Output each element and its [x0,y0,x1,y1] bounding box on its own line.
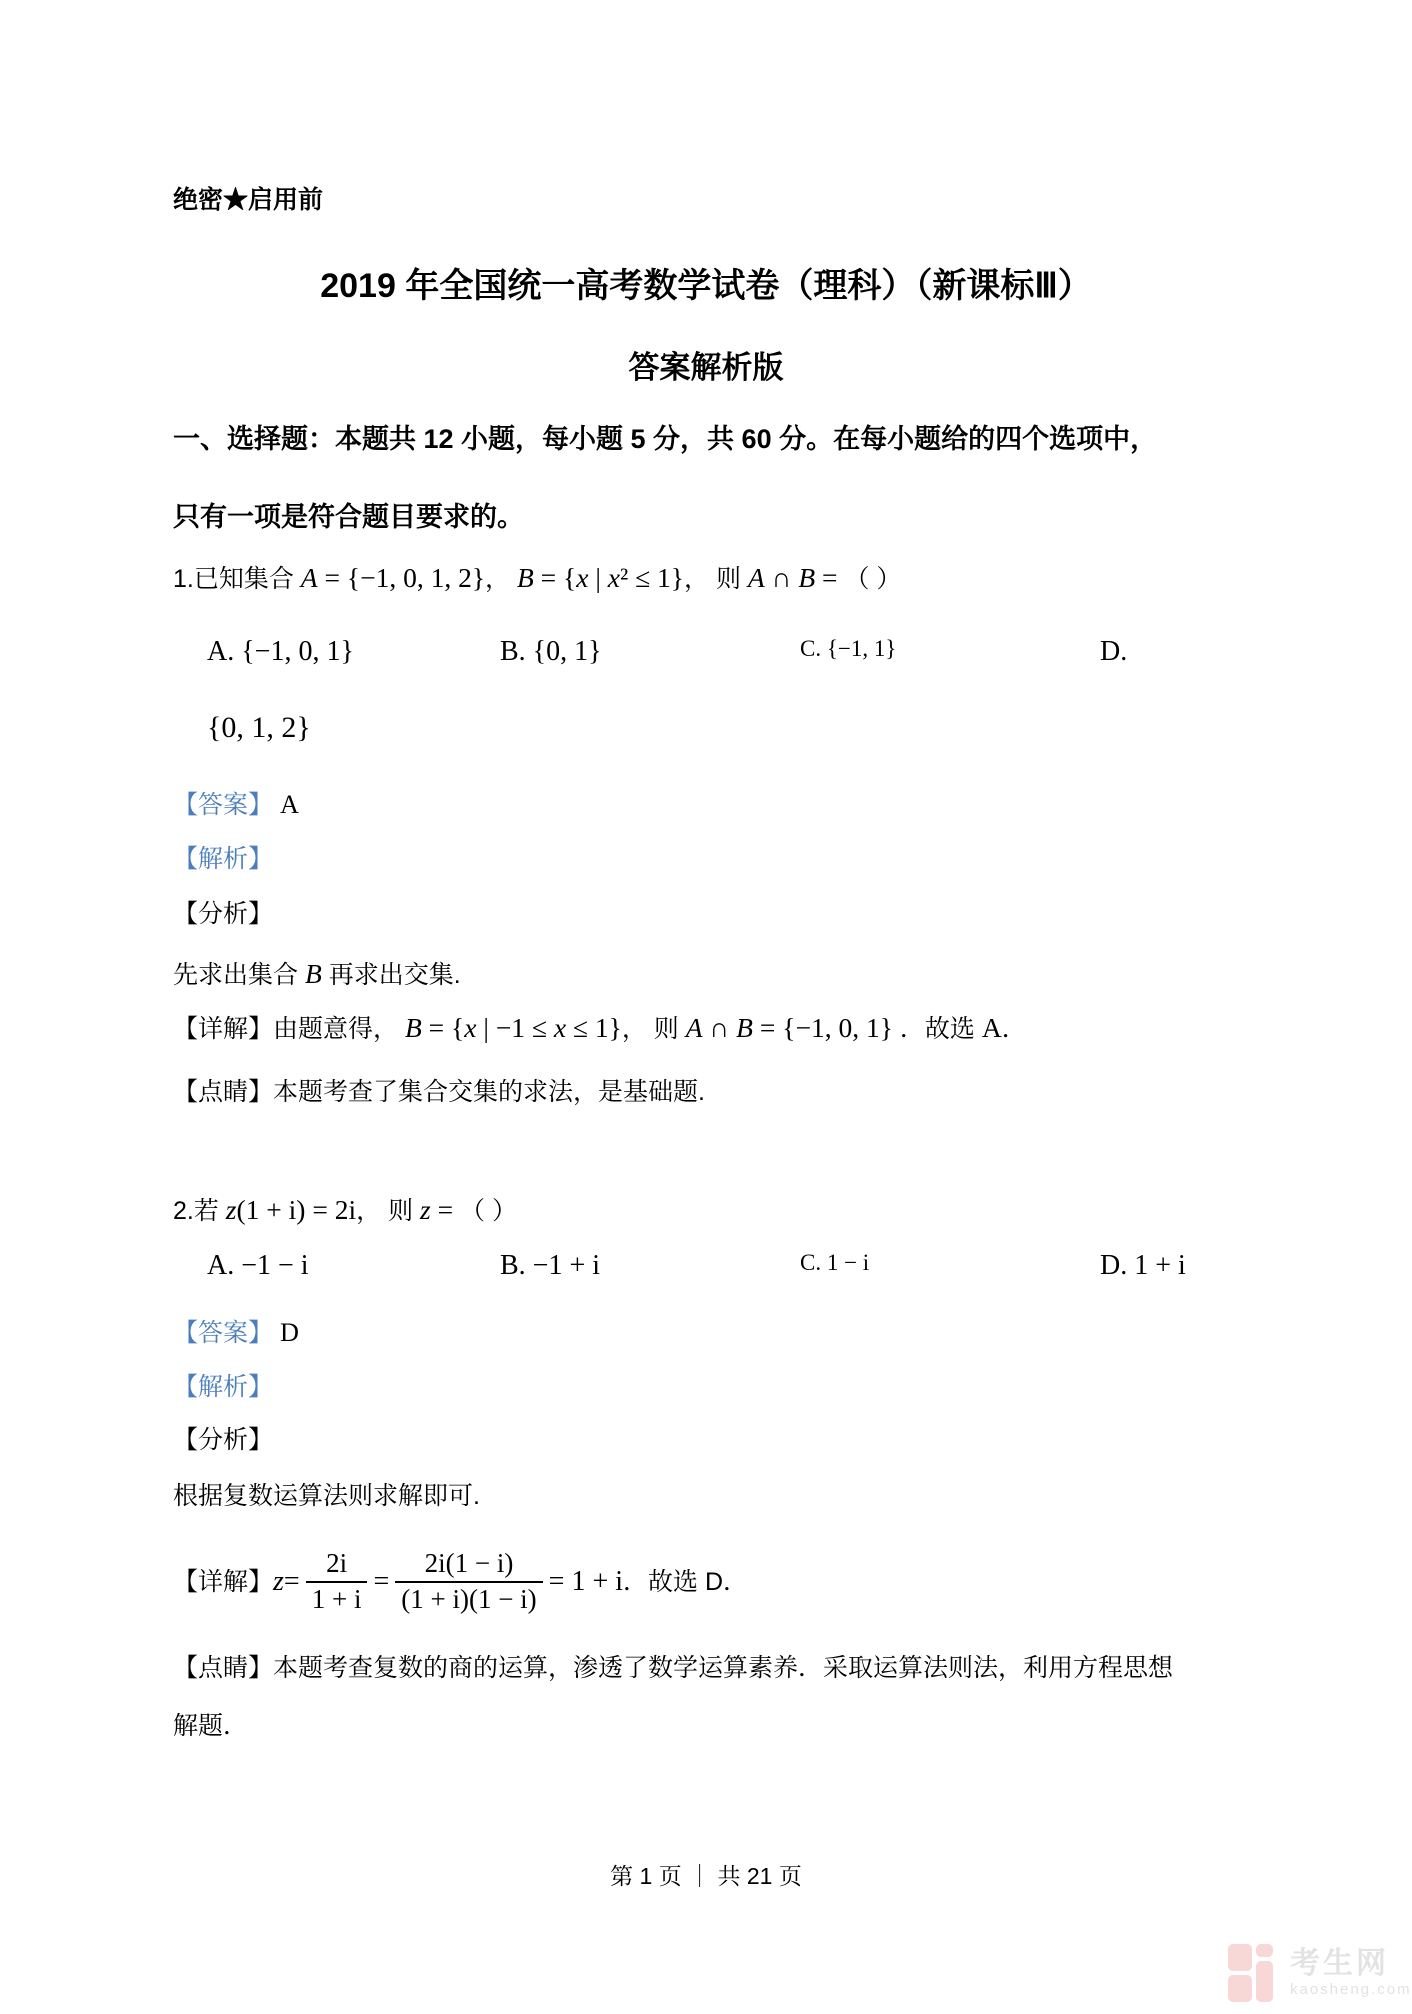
text-segment: ， [485,565,517,593]
text-segment: = {−1, 0, 1, 2} [318,562,485,593]
kaosheng-logo-text: 考生网 kaosheng.com [1290,1949,1412,1997]
jiexi-label-q2: 【解析】 [173,1371,273,1404]
equals-sign: = [284,1564,300,1600]
text-segment: B [517,562,534,593]
text-segment: A [686,1012,703,1043]
text-segment: A [982,1012,1002,1043]
equals-sign: = [373,1564,389,1600]
text-segment: （ ） [460,1197,517,1225]
answer-line-q1: 【答案】 A [173,788,299,822]
logo-block [1228,1944,1252,1971]
text-segment: = [815,562,844,593]
option-c: C. {−1, 1} [800,636,896,662]
text-segment: z [420,1194,431,1225]
text-segment: ， 则 [684,565,748,593]
text-segment: | −1 ≤ [476,1012,553,1043]
detail-formula-q2: 【详解】 z = 2i 1 + i = 2i(1 − i) (1 + i)(1 … [173,1524,748,1640]
text-segment: B [798,562,815,593]
logo-domain: kaosheng.com [1290,1982,1412,1997]
question-2-options: A. −1 − i B. −1 + i C. 1 − i D. 1 + i [0,1250,1412,1300]
text-segment: 先求出集合 [173,961,305,989]
text-segment: x [464,1012,476,1043]
text-segment: = { [534,562,576,593]
text-segment: x [576,562,588,593]
option-d-value: {0, 1, 2} [207,708,311,747]
question-1-stem: 1.已知集合 A = {−1, 0, 1, 2}， B = {x | x² ≤ … [173,560,901,596]
fraction-denominator: 1 + i [306,1581,368,1617]
detail-label: 【详解】 [173,1566,273,1599]
text-segment: = {−1, 0, 1} [753,1012,893,1043]
logo-block [1228,1975,1252,2002]
pointout-text-q2-line1: 【点睛】本题考查复数的商的运算，渗透了数学运算素养．采取运算法则法，利用方程思想 [173,1652,1173,1685]
analysis-text-q1: 先求出集合 B 再求出交集. [173,956,461,992]
text-segment: 再求出交集. [322,961,461,989]
text-segment: | [588,562,607,593]
answer-label: 【答案】 [173,1319,273,1347]
fraction-1: 2i 1 + i [306,1547,368,1617]
exam-page: { "colors": { "accent_blue": "#4a7ebc", … [0,0,1412,2014]
answer-value: D [280,1318,299,1347]
logo-block [1256,1944,1273,1957]
text-segment: ≤ 1} [566,1012,622,1043]
logo-name: 考生网 [1290,1949,1412,1979]
section-intro-line2: 只有一项是符合题目要求的。 [173,500,524,535]
fenxi-label-q2: 【分析】 [173,1424,273,1457]
text-segment: A [748,562,765,593]
text-segment: ， 则 [356,1197,420,1225]
detail-text-q1: 【详解】由题意得， B = {x | −1 ≤ x ≤ 1}， 则 A ∩ B … [173,1010,1027,1046]
answer-line-q2: 【答案】 D [173,1316,299,1350]
text-segment: (1 + i) = 2i [237,1194,357,1225]
variable-z: z [273,1564,284,1600]
text-segment: ∩ [765,562,799,593]
text-segment: ² ≤ 1} [620,562,684,593]
option-a: A. {−1, 0, 1} [207,636,354,668]
page-subtitle: 答案解析版 [0,348,1412,388]
question-1-options: A. {−1, 0, 1} B. {0, 1} C. {−1, 1} D. [0,636,1412,686]
text-segment: B [736,1012,753,1043]
text-segment: 1.已知集合 [173,565,301,593]
text-segment: （ ） [844,565,901,593]
fraction-denominator: (1 + i)(1 − i) [395,1581,542,1617]
text-segment: = { [422,1012,464,1043]
analysis-text-q2: 根据复数运算法则求解即可. [173,1480,480,1513]
logo-block [1256,1961,1273,2002]
result-value: = 1 + i [549,1564,623,1600]
text-segment: ． [1002,1015,1027,1043]
text-segment: 2.若 [173,1197,226,1225]
fenxi-label-q1: 【分析】 [173,898,273,931]
option-a: A. −1 − i [207,1250,309,1282]
kaosheng-logo-icon [1228,1944,1278,2002]
page-indicator: 第 1 页 ｜ 共 21 页 [0,1862,1412,1892]
text-segment: 【详解】由题意得， [173,1015,405,1043]
fraction-numerator: 2i [320,1547,353,1581]
fraction-numerator: 2i(1 − i) [419,1547,520,1581]
text-segment: z [226,1194,237,1225]
pointout-text-q2-line2: 解题． [173,1710,248,1743]
option-d: D. 1 + i [1100,1250,1186,1282]
page-title: 2019 年全国统一高考数学试卷（理科）（新课标Ⅲ） [0,264,1412,308]
question-2-stem: 2.若 z(1 + i) = 2i， 则 z = （ ） [173,1192,517,1228]
fraction-2: 2i(1 − i) (1 + i)(1 − i) [395,1547,542,1617]
option-b: B. {0, 1} [500,636,602,668]
option-d: D. [1100,636,1127,668]
text-segment: B [305,958,322,989]
option-b: B. −1 + i [500,1250,600,1282]
text-segment: B [405,1012,422,1043]
secrecy-label: 绝密★启用前 [173,184,323,217]
text-segment: = [431,1194,460,1225]
option-c: C. 1 − i [800,1250,869,1276]
jiexi-label-q1: 【解析】 [173,843,273,876]
answer-value: A [280,790,299,819]
answer-label: 【答案】 [173,791,273,819]
pointout-text-q1: 【点睛】本题考查了集合交集的求法，是基础题. [173,1076,705,1109]
text-segment: ， 则 [622,1015,686,1043]
conclusion-text: ．故选 D． [623,1566,748,1599]
kaosheng-logo: 考生网 kaosheng.com [1228,1944,1412,2002]
text-segment: ∩ [703,1012,737,1043]
text-segment: ．故选 [893,1015,982,1043]
text-segment: x [554,1012,566,1043]
text-segment: A [301,562,318,593]
text-segment: x [608,562,620,593]
section-intro-line1: 一、选择题：本题共 12 小题，每小题 5 分，共 60 分。在每小题给的四个选… [173,422,1157,457]
